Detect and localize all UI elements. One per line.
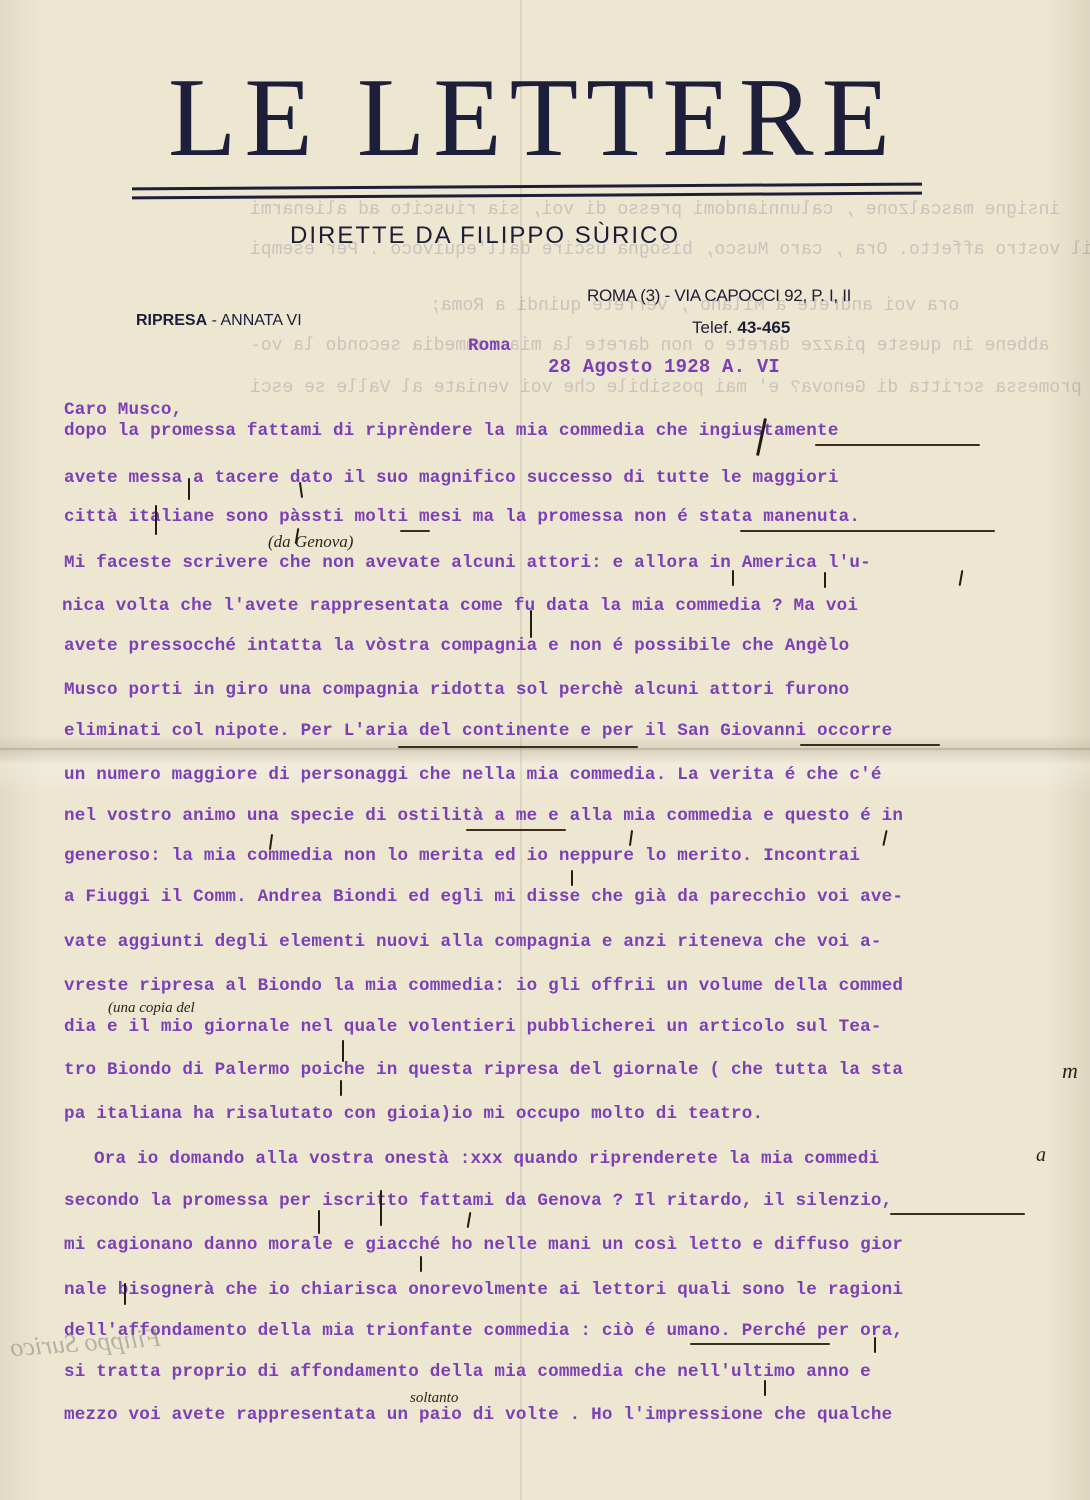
show-through-line: abbene in queste piazze darete o non dar…: [250, 336, 1049, 356]
letterhead-address: ROMA (3) - VIA CAPOCCI 92, P. I, II: [587, 286, 851, 306]
underline-non-e-stata-manenuta: [740, 530, 995, 532]
letter-salutation: Caro Musco,: [64, 400, 182, 420]
pen-comma-mark: [874, 1337, 876, 1353]
pen-comma-mark: [420, 1256, 422, 1272]
body-line: si tratta proprio di affondamento della …: [64, 1362, 871, 1382]
body-line: nel vostro animo una specie di ostilità …: [64, 806, 903, 826]
pen-comma-mark: [732, 570, 734, 586]
annotation-margin-a: a: [1036, 1144, 1046, 1167]
phone-number: 43-465: [737, 318, 790, 337]
pen-comma-mark: [342, 1040, 344, 1062]
show-through-line: promessa scritta di Genova? e' mai possi…: [250, 378, 1082, 398]
pen-comma-mark: [124, 1283, 126, 1305]
body-line: secondo la promessa per iscritto fattami…: [64, 1191, 892, 1211]
body-line: nale bisognerà che io chiarisca onorevol…: [64, 1280, 903, 1300]
pen-comma-mark: [530, 610, 532, 638]
paper-fold-horizontal: [0, 748, 1090, 750]
annotation-una-copia-del: (una copia del: [108, 1000, 195, 1017]
body-line: mezzo voi avete rappresentata un paio di…: [64, 1405, 892, 1425]
body-line: dopo la promessa fattami di riprèndere l…: [64, 421, 839, 441]
letterhead-series: RIPRESA - ANNATA VI: [136, 312, 302, 330]
underline-ostilita: [466, 829, 566, 831]
annotation-da-genova: (da Genova): [268, 532, 353, 552]
body-line: a Fiuggi il Comm. Andrea Biondi ed egli …: [64, 887, 903, 907]
body-line: generoso: la mia commedia non lo merita …: [64, 846, 860, 866]
show-through-line: insigne mascalzone , calunniandomi press…: [250, 200, 1060, 220]
masthead-subtitle: DIRETTE DA FILIPPO SÙRICO: [290, 222, 680, 250]
body-line: dell'affondamento della mia trionfante c…: [64, 1321, 903, 1341]
body-line: vate aggiunti degli elementi nuovi alla …: [64, 932, 882, 952]
letter-date: 28 Agosto 1928 A. VI: [548, 356, 780, 378]
body-line: nica volta che l'avete rappresentata com…: [62, 596, 858, 616]
body-line: avete pressocché intatta la vòstra compa…: [64, 636, 849, 656]
series-year: ANNATA VI: [220, 312, 301, 329]
body-line: pa italiana ha risalutato con gioia)io m…: [64, 1104, 763, 1124]
body-line: mi cagionano danno morale e giacché ho n…: [64, 1235, 903, 1255]
series-separator: -: [207, 312, 220, 329]
pen-comma-mark: [318, 1210, 320, 1234]
pen-comma-mark: [188, 478, 190, 500]
annotation-margin-m: m: [1062, 1058, 1078, 1084]
body-line: Mi faceste scrivere che non avevate alcu…: [64, 553, 871, 573]
letterhead-phone: Telef. 43-465: [692, 318, 790, 338]
pen-comma-mark: [824, 572, 826, 588]
body-line: avete messa a tacere dato il suo magnifi…: [64, 468, 839, 488]
body-line: città italiane sono pàssti molti mesi ma…: [64, 507, 860, 527]
masthead-title: LE LETTERE: [138, 62, 928, 174]
body-line: eliminati col nipote. Per L'aria del con…: [64, 721, 892, 741]
underline-molti: [400, 530, 430, 532]
underline-ingiustamente: [815, 444, 980, 446]
body-line: Ora io domando alla vostra onestà :xxx q…: [94, 1149, 879, 1169]
underline-cio-e-umano: [690, 1343, 830, 1345]
phone-label: Telef.: [692, 318, 733, 337]
letter-place: Roma: [468, 336, 511, 356]
annotation-soltanto: soltanto: [410, 1390, 458, 1407]
pen-comma-mark: [155, 505, 157, 535]
body-line: dia e il mio giornale nel quale volentie…: [64, 1017, 882, 1037]
underline-il-silenzio: [890, 1213, 1025, 1215]
body-line: tro Biondo di Palermo poiche in questa r…: [64, 1060, 903, 1080]
pen-comma-mark: [380, 1190, 382, 1226]
pen-comma-mark: [764, 1380, 766, 1396]
body-line: vreste ripresa al Biondo la mia commedia…: [64, 976, 903, 996]
pen-comma-mark: [571, 870, 573, 886]
pen-comma-mark: [340, 1080, 342, 1096]
body-line: Musco porti in giro una compagnia ridott…: [64, 680, 849, 700]
underline-laria-del-continente: [398, 746, 638, 748]
series-label: RIPRESA: [136, 312, 207, 329]
underline-san-giovanni: [800, 744, 940, 746]
body-line: un numero maggiore di personaggi che nel…: [64, 765, 882, 785]
